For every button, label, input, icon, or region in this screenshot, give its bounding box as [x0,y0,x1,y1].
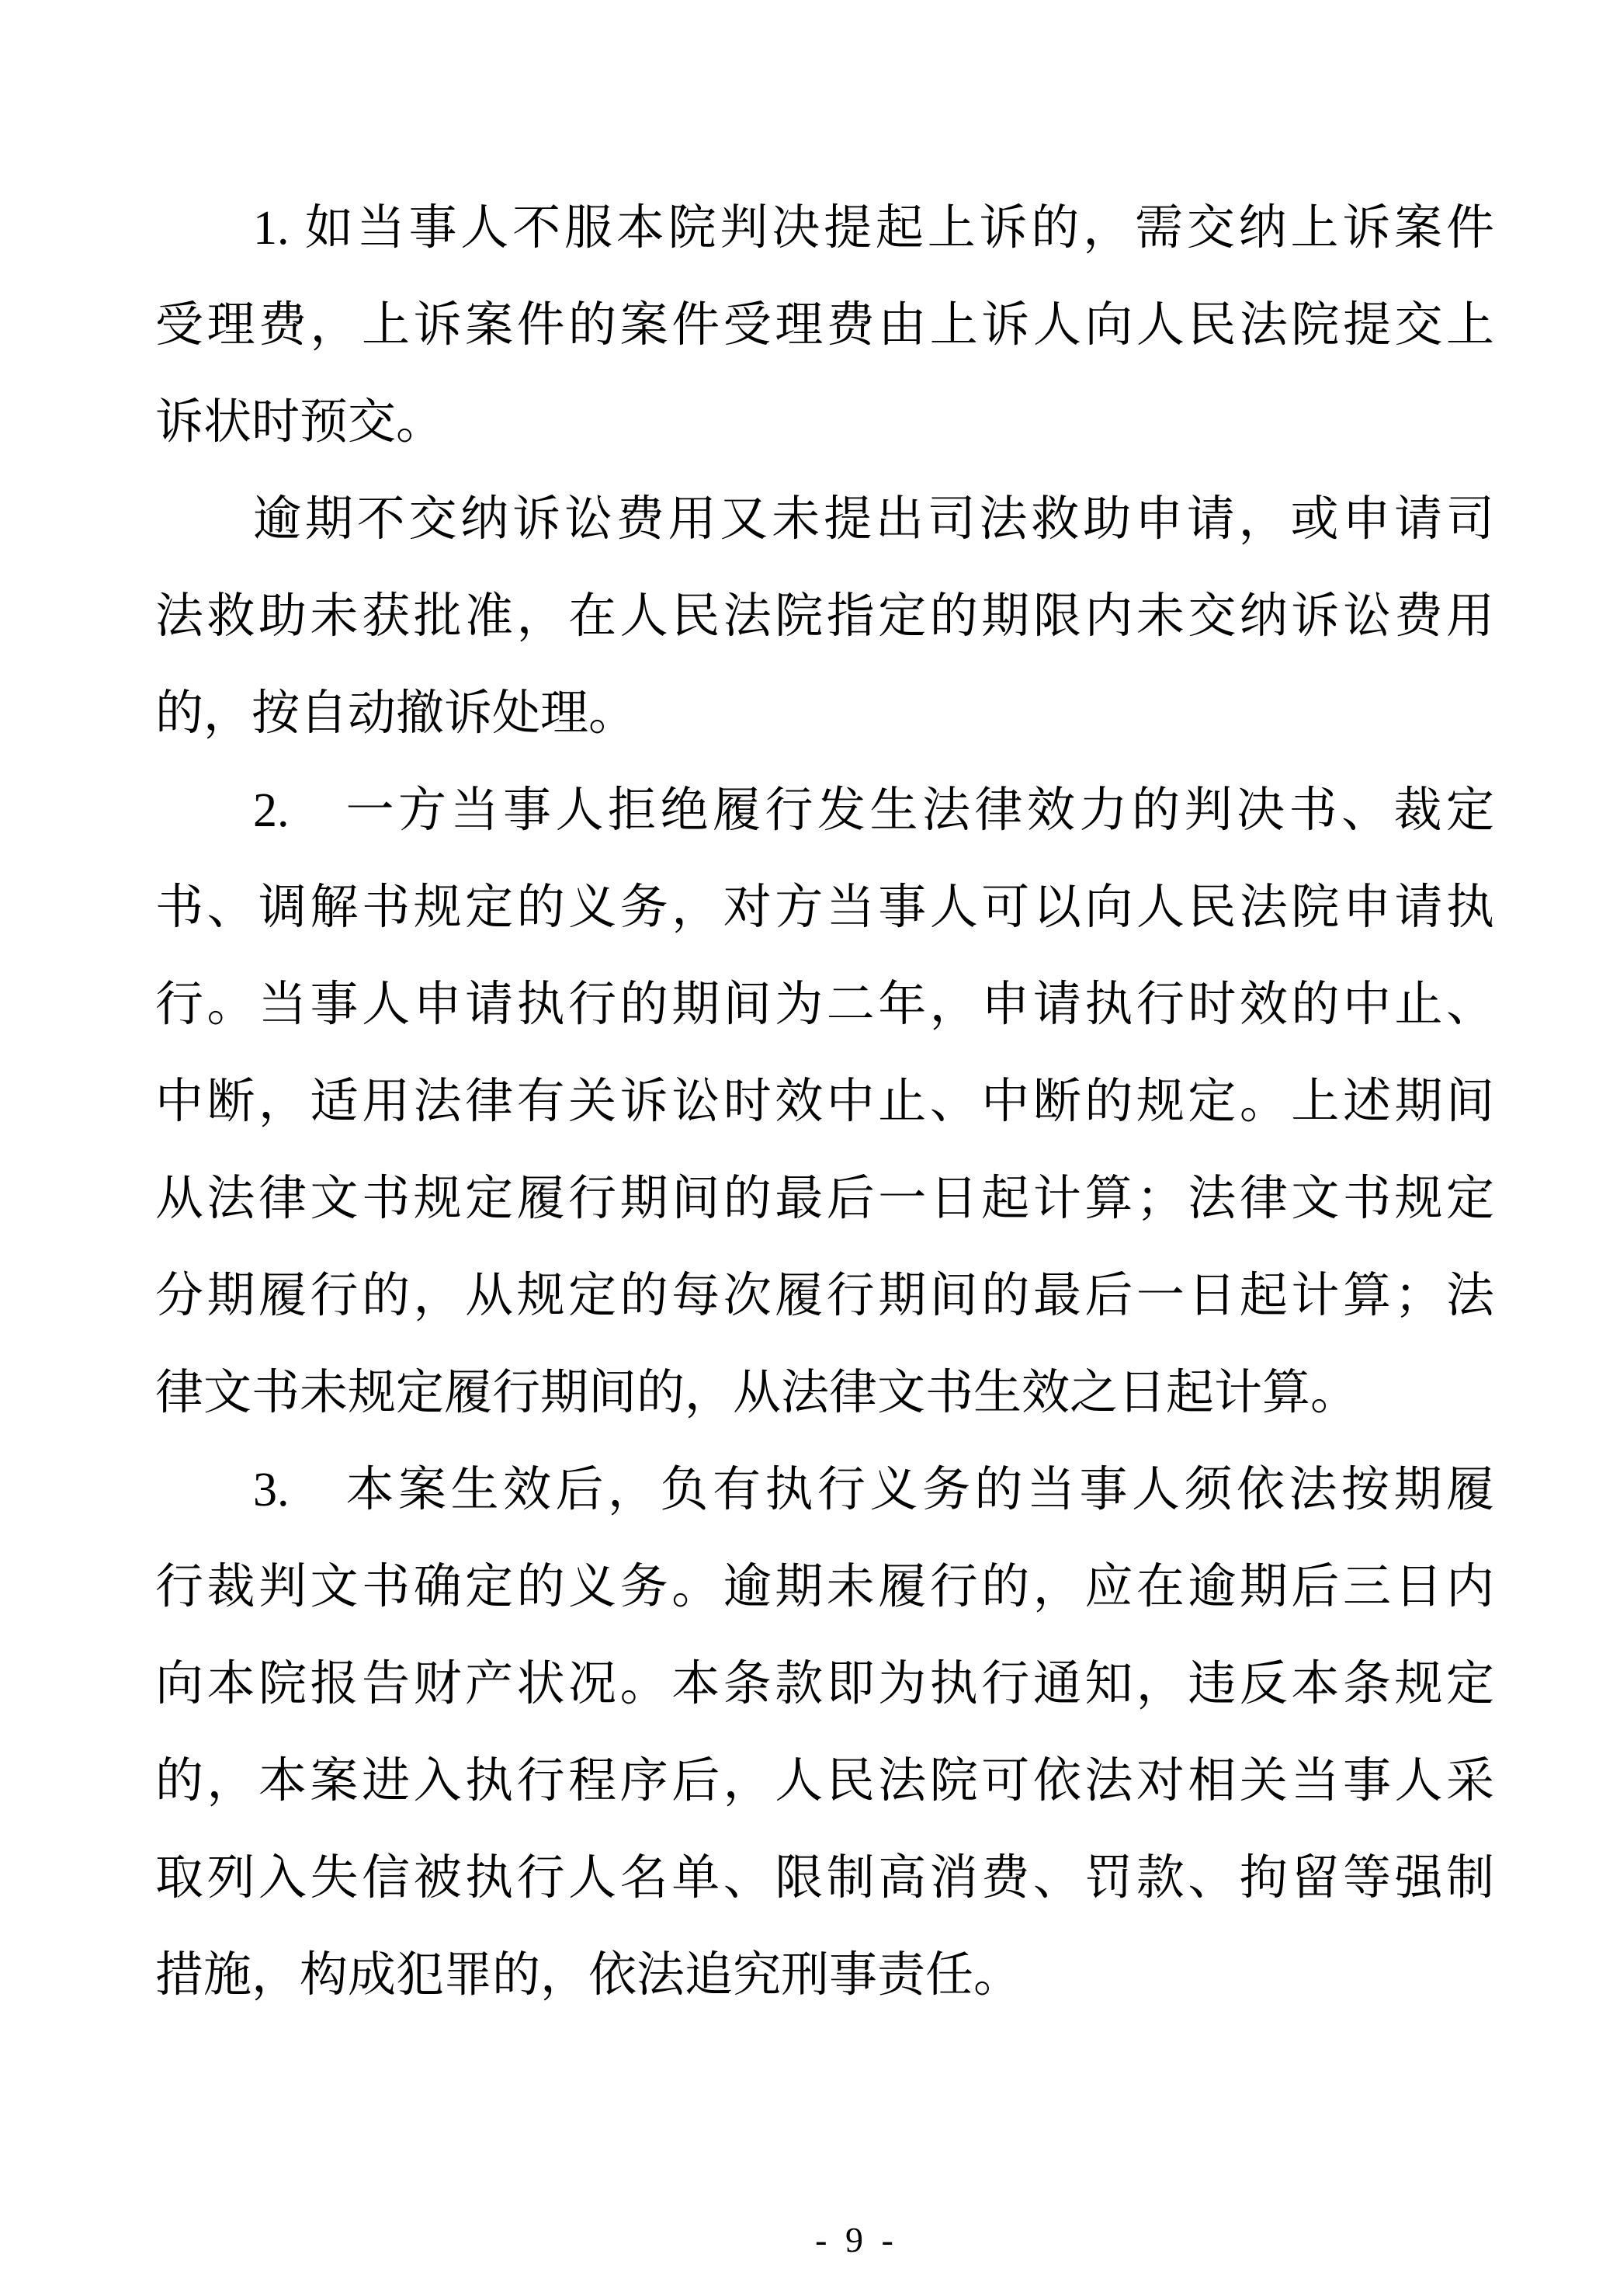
text-line: 诉状时预交。 [155,374,1494,471]
text-line: 2. 一方当事人拒绝履行发生法律效力的判决书、裁定 [155,762,1494,860]
text-line: 行裁判文书确定的义务。逾期未履行的，应在逾期后三日内 [155,1539,1494,1636]
document-page: 1. 如当事人不服本院判决提起上诉的，需交纳上诉案件受理费，上诉案件的案件受理费… [0,0,1620,2296]
text-line: 分期履行的，从规定的每次履行期间的最后一日起计算；法 [155,1248,1494,1345]
text-line: 受理费，上诉案件的案件受理费由上诉人向人民法院提交上 [155,277,1494,374]
text-line: 取列入失信被执行人名单、限制高消费、罚款、拘留等强制 [155,1830,1494,1927]
text-line: 书、调解书规定的义务，对方当事人可以向人民法院申请执 [155,860,1494,957]
page-number: - 9 - [47,2219,1620,2260]
text-line: 行。当事人申请执行的期间为二年，申请执行时效的中止、 [155,957,1494,1054]
text-line: 的，按自动撤诉处理。 [155,665,1494,762]
text-line: 逾期不交纳诉讼费用又未提出司法救助申请，或申请司 [155,471,1494,568]
text-line: 中断，适用法律有关诉讼时效中止、中断的规定。上述期间 [155,1054,1494,1151]
text-line: 从法律文书规定履行期间的最后一日起计算；法律文书规定 [155,1151,1494,1248]
text-line: 3. 本案生效后，负有执行义务的当事人须依法按期履 [155,1442,1494,1539]
text-line: 1. 如当事人不服本院判决提起上诉的，需交纳上诉案件 [155,180,1494,277]
text-line: 的，本案进入执行程序后，人民法院可依法对相关当事人采 [155,1733,1494,1830]
text-line: 措施，构成犯罪的，依法追究刑事责任。 [155,1927,1494,2024]
text-line: 向本院报告财产状况。本条款即为执行通知，违反本条规定 [155,1636,1494,1733]
text-line: 律文书未规定履行期间的，从法律文书生效之日起计算。 [155,1345,1494,1442]
document-body: 1. 如当事人不服本院判决提起上诉的，需交纳上诉案件受理费，上诉案件的案件受理费… [155,180,1494,2024]
text-line: 法救助未获批准，在人民法院指定的期限内未交纳诉讼费用 [155,568,1494,665]
